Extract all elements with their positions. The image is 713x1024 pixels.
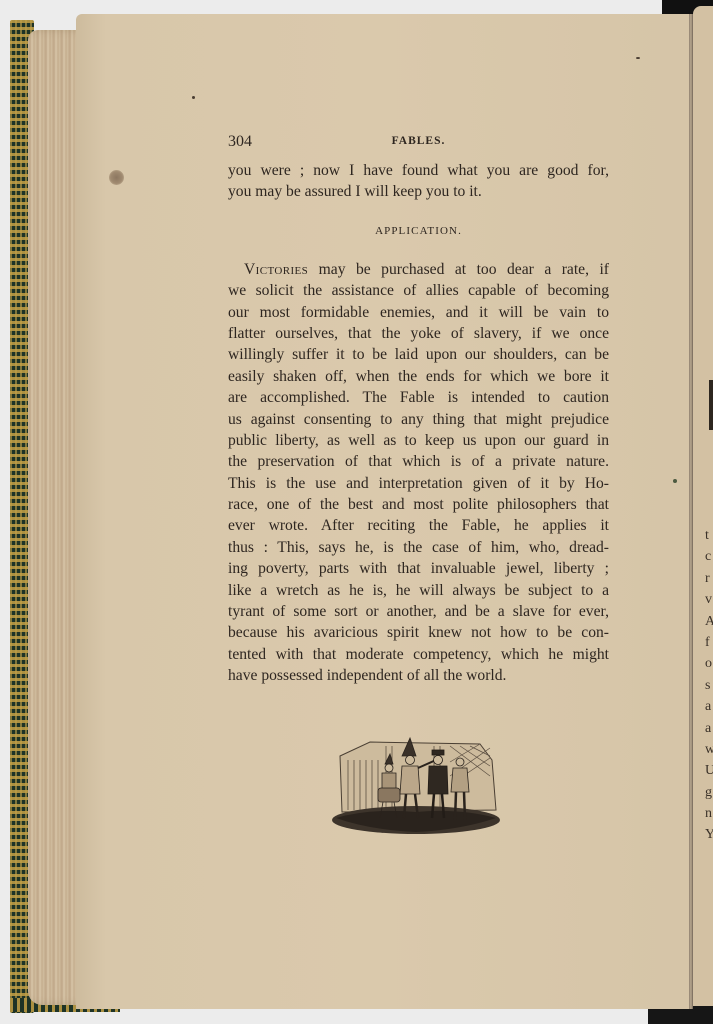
text-line: us against consenting to any thing that … (228, 409, 609, 430)
facing-letter: f (705, 632, 713, 653)
running-title: FABLES. (228, 135, 609, 147)
facing-letter: a (705, 718, 713, 739)
facing-letter: r (705, 568, 713, 589)
facing-letter: v (705, 589, 713, 610)
woodcut-illustration (330, 732, 500, 840)
speck (673, 479, 677, 483)
facing-page-shadow (709, 380, 713, 430)
facing-letter: a (705, 696, 713, 717)
text-line: easily shaken off, when the ends for whi… (228, 366, 609, 387)
text-line: like a wretch as he is, he will always b… (228, 580, 609, 601)
lead-word: Victories (244, 261, 308, 278)
text-line: because his avaricious spirit knew not h… (228, 622, 609, 643)
facing-letter: c (705, 546, 713, 567)
speck (192, 96, 195, 99)
text-line: public liberty, as well as to keep us up… (228, 430, 609, 451)
text-line: thus : This, says he, is the case of him… (228, 537, 609, 558)
text-line: ever wrote. After reciting the Fable, he… (228, 515, 609, 536)
text-line: flatter ourselves, that the yoke of slav… (228, 323, 609, 344)
text-line: you were ; now I have found what you are… (228, 160, 609, 181)
text-line: our most formidable enemies, and it will… (228, 302, 609, 323)
text-line: tented with that moderate competency, wh… (228, 644, 609, 665)
continuation-text: you were ; now I have found what you are… (228, 160, 609, 203)
facing-letter: A (705, 611, 713, 632)
facing-page-text: t c r v A f o s a a w U g n Y (705, 525, 713, 846)
page-text: 304 FABLES. you were ; now I have found … (228, 131, 609, 687)
facing-letter: n (705, 803, 713, 824)
facing-letter: t (705, 525, 713, 546)
facing-letter: U (705, 760, 713, 781)
text-line: willingly suffer it to be laid upon our … (228, 344, 609, 365)
facing-letter: o (705, 653, 713, 674)
facing-letter: g (705, 782, 713, 803)
speck (636, 57, 640, 59)
facing-letter: s (705, 675, 713, 696)
text-line: the preservation of that which is of a p… (228, 451, 609, 472)
text-line: you may be assured I will keep you to it… (228, 181, 609, 202)
text-line: race, one of the best and most polite ph… (228, 494, 609, 515)
text-line: tyrant of some sort or another, and be a… (228, 601, 609, 622)
facing-page (693, 6, 713, 1006)
first-line-rest: may be purchased at too dear a rate, if (308, 261, 609, 278)
running-head: 304 FABLES. (228, 131, 609, 155)
text-line: This is the use and interpretation given… (228, 473, 609, 494)
section-heading: APPLICATION. (228, 223, 609, 239)
facing-letter: w (705, 739, 713, 760)
text-line: have possessed independent of all the wo… (228, 665, 609, 686)
book-scan: t c r v A f o s a a w U g n Y 304 FABLES… (0, 0, 713, 1024)
text-line: we solicit the assistance of allies capa… (228, 280, 609, 301)
text-line: ing poverty, parts with that invaluable … (228, 558, 609, 579)
facing-letter: Y (705, 824, 713, 845)
application-paragraph: Victories may be purchased at too dear a… (228, 259, 609, 687)
woodcut-figures-icon (330, 732, 500, 840)
text-line-first: Victories may be purchased at too dear a… (228, 259, 609, 280)
foxing-stain (109, 170, 124, 185)
text-line: are accomplished. The Fable is intended … (228, 387, 609, 408)
